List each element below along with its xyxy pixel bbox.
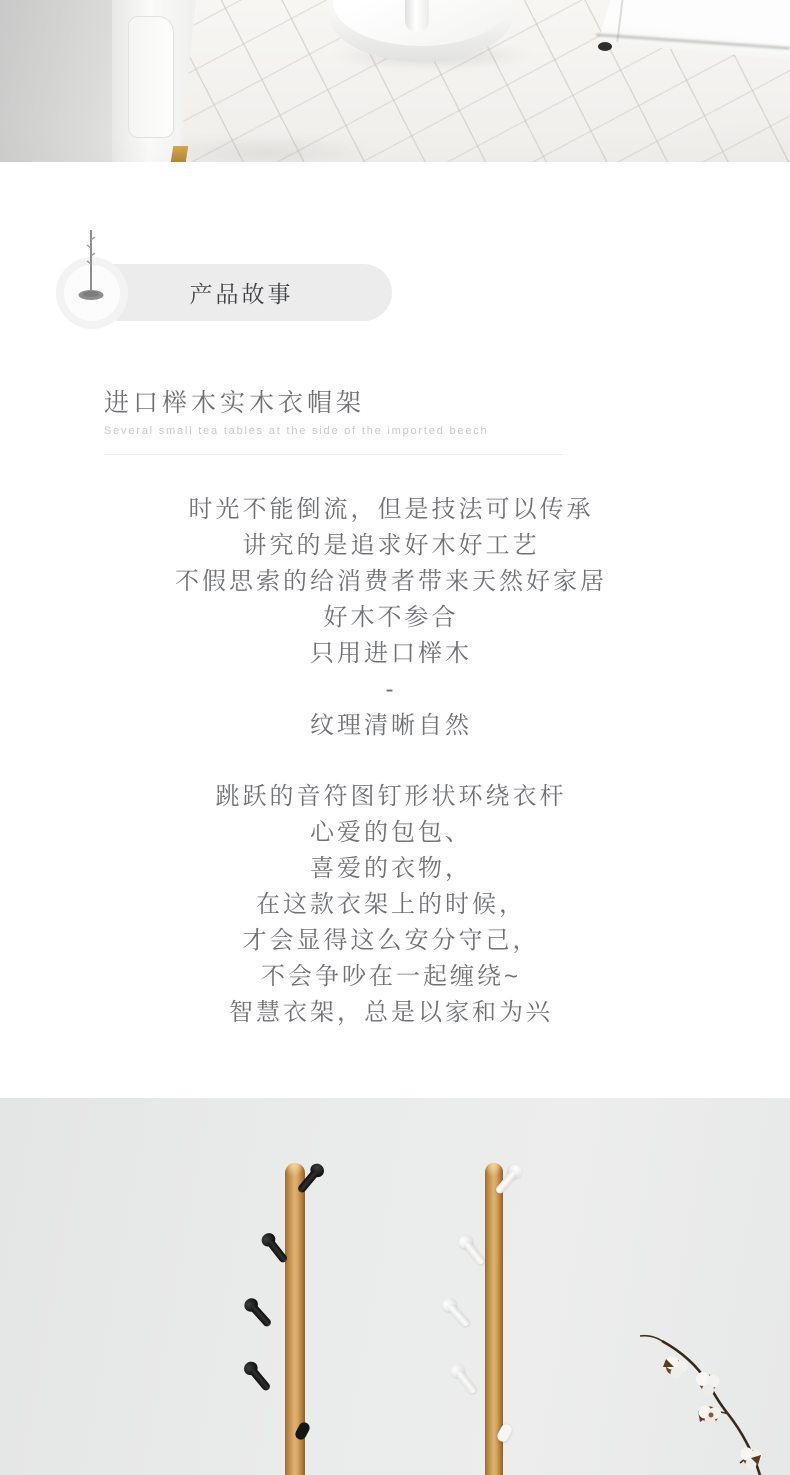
- story-line: 智慧衣架，总是以家和为兴: [0, 995, 782, 1031]
- story-line: 不会争吵在一起缠绕~: [0, 959, 782, 995]
- section-title: 进口榉木实木衣帽架: [104, 383, 664, 419]
- hook-white-3: [440, 1295, 474, 1331]
- story-line: 纹理清晰自然: [0, 708, 782, 744]
- story-line: 在这款衣架上的时候，: [0, 887, 782, 923]
- story-line: 跳跃的音符图钉形状环绕衣杆: [0, 779, 782, 815]
- product-story-page: 产品故事 进口榉木实木衣帽架 Several small tea tables …: [0, 0, 790, 1475]
- badge-label: 产品故事: [190, 276, 294, 309]
- cotton-branch-illustration: [632, 1327, 782, 1475]
- story-line: 不假思索的给消费者带来天然好家居: [0, 564, 782, 600]
- divider-line: [104, 454, 563, 455]
- story-line: 喜爱的衣物，: [0, 851, 782, 887]
- section-head: 进口榉木实木衣帽架 Several small tea tables at th…: [104, 383, 664, 455]
- hook-black-4: [241, 1359, 275, 1396]
- story-line: 心爱的包包、: [0, 815, 782, 851]
- story-line: 好木不参合: [0, 600, 782, 636]
- hero-photo-bottom: [0, 1098, 790, 1475]
- story-line: 讲究的是追求好木好工艺: [0, 528, 782, 564]
- coat-rack-icon: [70, 222, 114, 304]
- hero-photo-top: [0, 0, 790, 162]
- story-line-dash: -: [0, 672, 782, 708]
- story-line: 只用进口榉木: [0, 636, 782, 672]
- story-line: 才会显得这么安分守己，: [0, 923, 782, 959]
- story-paragraph-1: 时光不能倒流，但是技法可以传承 讲究的是追求好木好工艺 不假思索的给消费者带来天…: [0, 492, 782, 744]
- hook-white-4: [448, 1361, 481, 1398]
- section-subtitle: Several small tea tables at the side of …: [104, 425, 664, 437]
- photo-vignette: [0, 0, 790, 162]
- story-paragraph-2: 跳跃的音符图钉形状环绕衣杆 心爱的包包、 喜爱的衣物， 在这款衣架上的时候， 才…: [0, 779, 782, 1031]
- hook-black-3: [242, 1295, 276, 1331]
- story-line: 时光不能倒流，但是技法可以传承: [0, 492, 782, 528]
